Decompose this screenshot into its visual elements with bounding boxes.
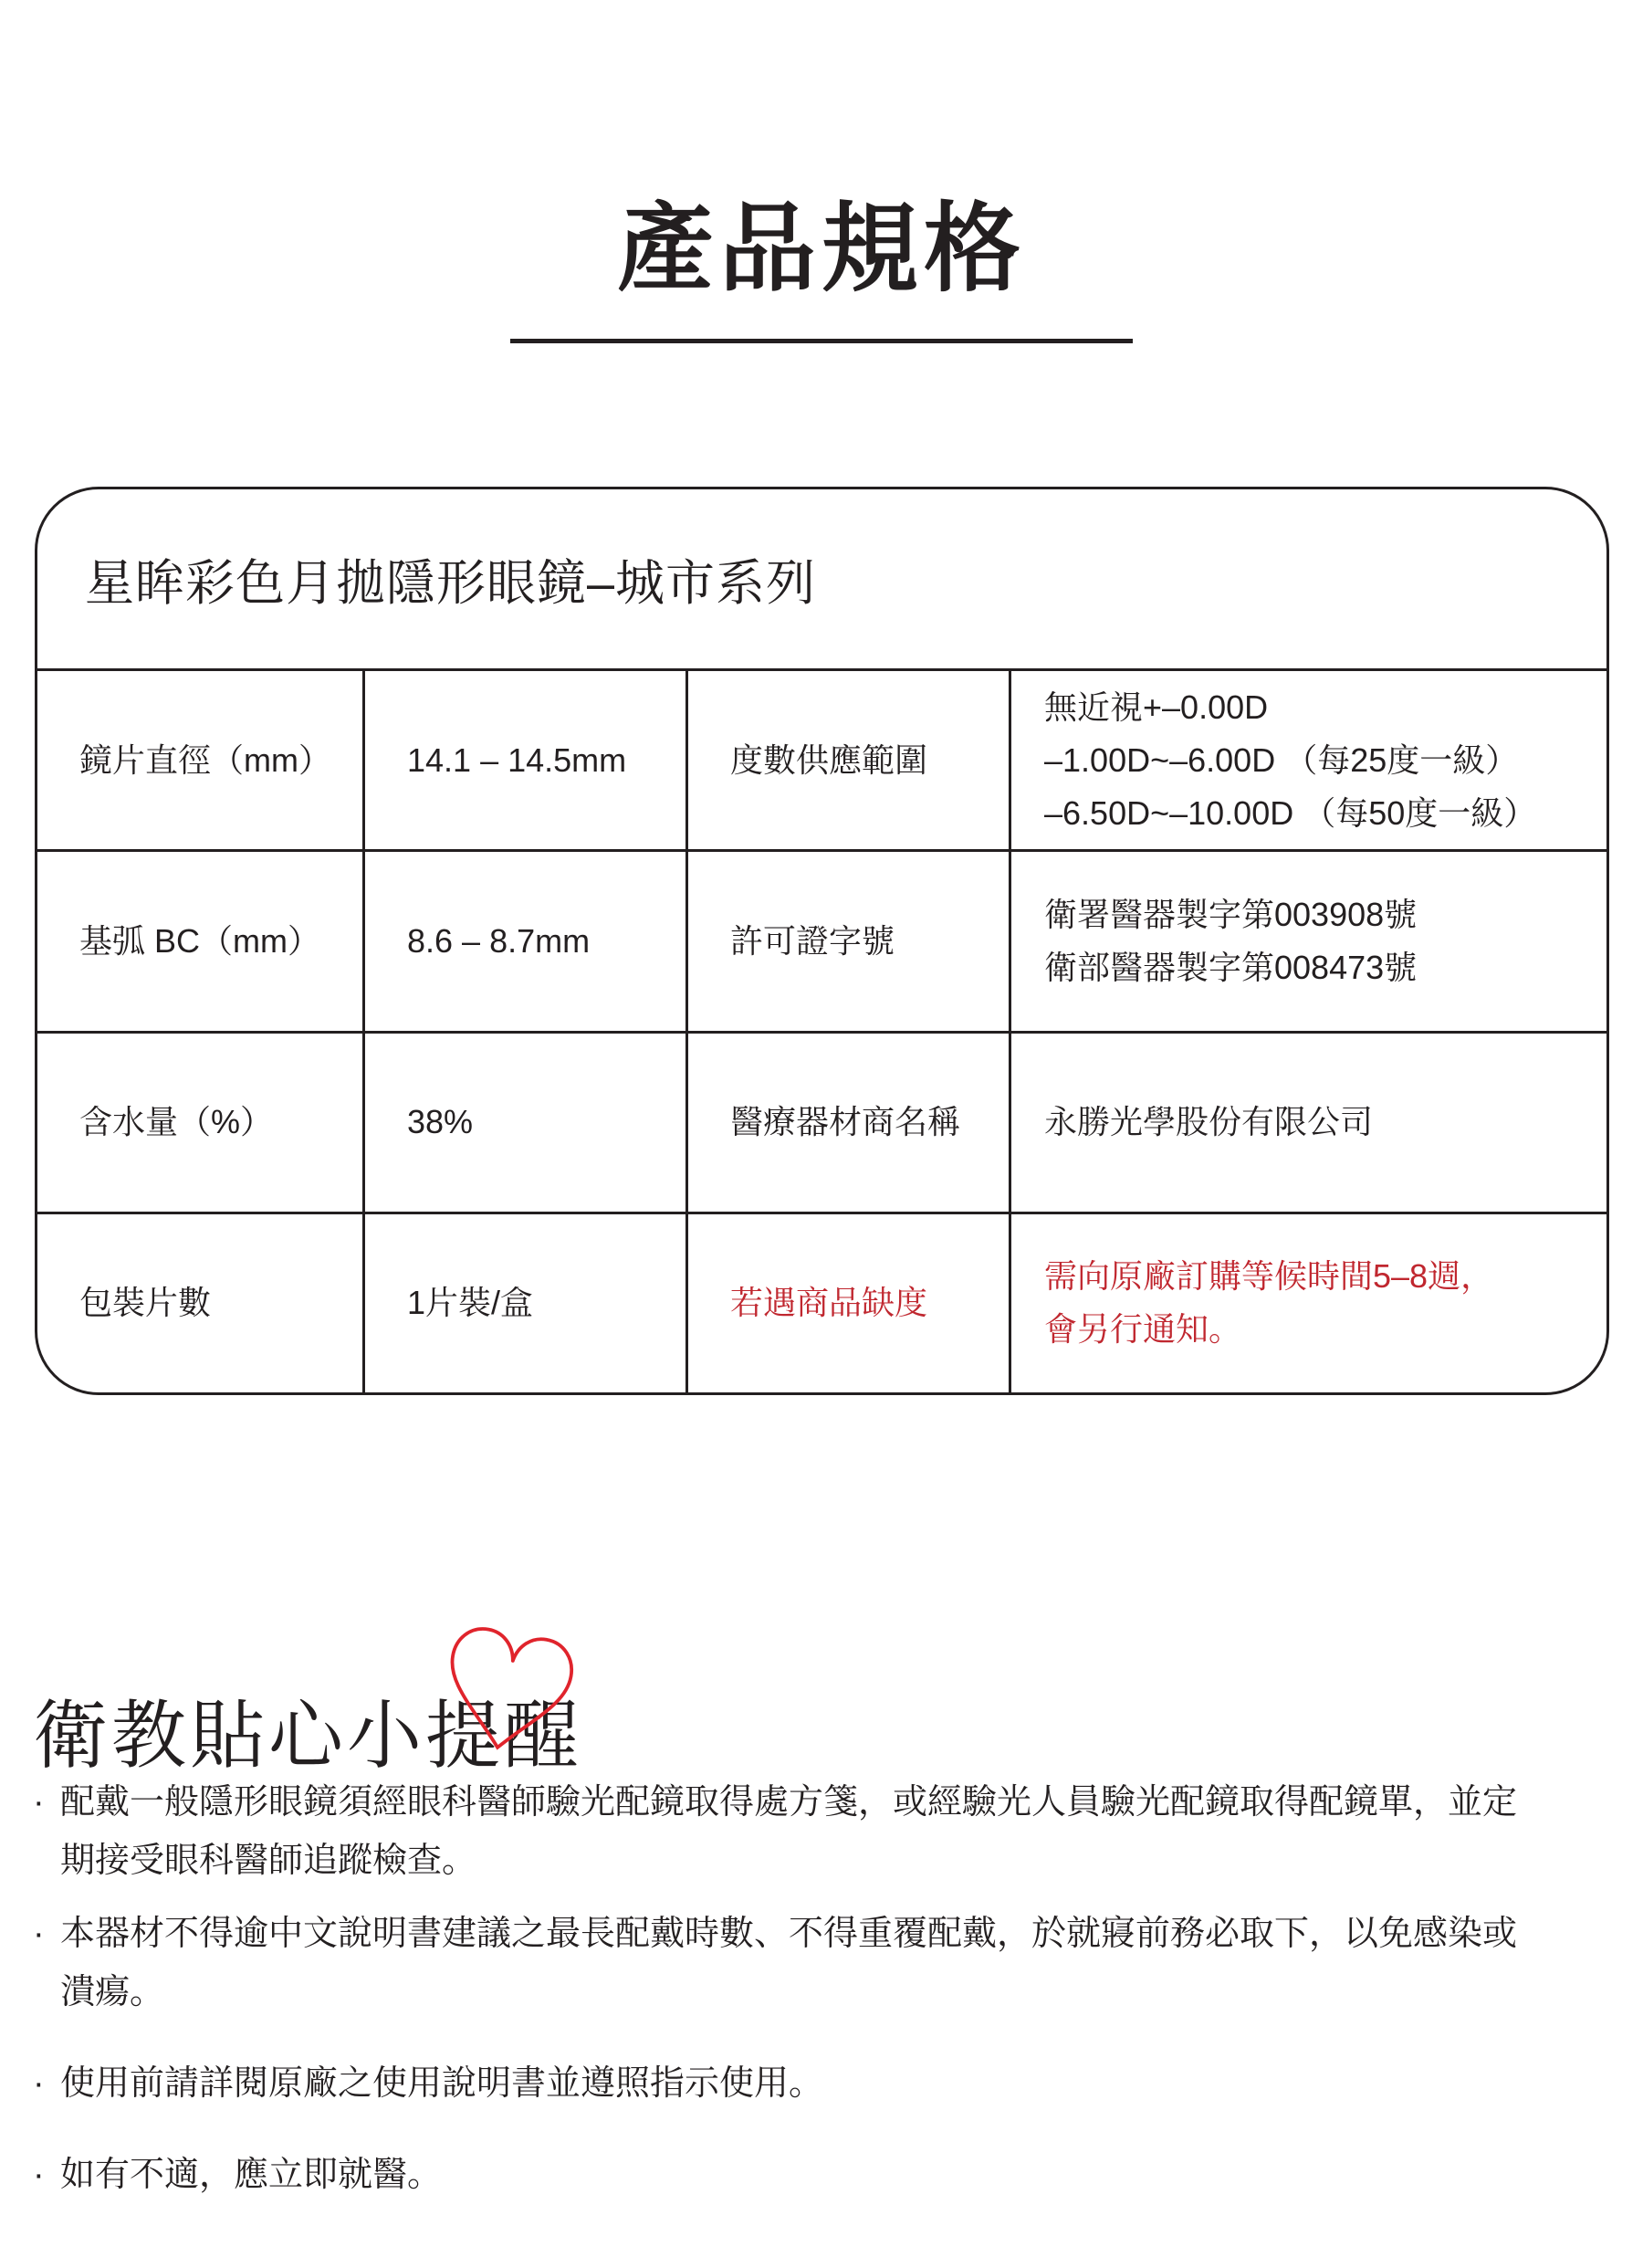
product-title: 星眸彩色月拋隱形眼鏡–城市系列 — [37, 489, 1606, 668]
spec-value-lens-diameter: 14.1 – 14.5mm — [362, 668, 685, 849]
spec-value-license-number: 衛署醫器製字第003908號 衛部醫器製字第008473號 — [1009, 849, 1606, 1030]
spec-label-power-range: 度數供應範圍 — [685, 668, 1009, 849]
spec-label-base-curve: 基弧 BC（mm） — [37, 849, 362, 1030]
page-title: 產品規格 — [0, 172, 1643, 310]
power-range-line: 無近視+–0.00D — [1044, 681, 1585, 734]
list-item: · 使用前請詳閱原廠之使用說明書並遵照指示使用。 — [33, 2054, 1548, 2113]
bullet-text: 本器材不得逾中文說明書建議之最長配戴時數、不得重覆配戴，於就寢前務必取下，以免感… — [60, 1905, 1548, 2021]
list-item: · 如有不適，應立即就醫。 — [33, 2146, 1548, 2204]
bullet-dot: · — [33, 2054, 60, 2113]
bullet-dot: · — [33, 1773, 60, 1832]
spec-value-pack-quantity: 1片裝/盒 — [362, 1212, 685, 1392]
bullet-text: 使用前請詳閱原廠之使用說明書並遵照指示使用。 — [60, 2054, 1548, 2113]
spec-label-license-number: 許可證字號 — [685, 849, 1009, 1030]
reminder-bullet-list: · 配戴一般隱形眼鏡須經眼科醫師驗光配鏡取得處方箋，或經驗光人員驗光配鏡取得配鏡… — [33, 1773, 1548, 2204]
spec-label-out-of-stock: 若遇商品缺度 — [685, 1212, 1009, 1392]
spec-value-out-of-stock: 需向原廠訂購等候時間5–8週， 會另行通知。 — [1009, 1212, 1606, 1392]
license-line: 衛部醫器製字第008473號 — [1044, 941, 1585, 994]
spec-label-water-content: 含水量（%） — [37, 1031, 362, 1212]
spec-value-water-content: 38% — [362, 1031, 685, 1212]
spec-label-manufacturer: 醫療器材商名稱 — [685, 1031, 1009, 1212]
list-item: · 本器材不得逾中文說明書建議之最長配戴時數、不得重覆配戴，於就寢前務必取下，以… — [33, 1905, 1548, 2021]
out-of-stock-line: 需向原廠訂購等候時間5–8週， — [1044, 1250, 1585, 1303]
power-range-line: –1.00D~–6.00D （每25度一級） — [1044, 734, 1585, 787]
spec-value-manufacturer: 永勝光學股份有限公司 — [1009, 1031, 1606, 1212]
power-range-line: –6.50D~–10.00D （每50度一級） — [1044, 787, 1585, 840]
bullet-text: 如有不適，應立即就醫。 — [60, 2146, 1548, 2204]
out-of-stock-line: 會另行通知。 — [1044, 1303, 1585, 1356]
spec-table: 星眸彩色月拋隱形眼鏡–城市系列 鏡片直徑（mm） 14.1 – 14.5mm 度… — [35, 487, 1609, 1395]
bullet-text: 配戴一般隱形眼鏡須經眼科醫師驗光配鏡取得處方箋，或經驗光人員驗光配鏡取得配鏡單，… — [60, 1773, 1548, 1890]
title-underline — [510, 339, 1133, 343]
bullet-dot: · — [33, 2146, 60, 2204]
list-item: · 配戴一般隱形眼鏡須經眼科醫師驗光配鏡取得處方箋，或經驗光人員驗光配鏡取得配鏡… — [33, 1773, 1548, 1890]
manufacturer-line: 永勝光學股份有限公司 — [1044, 1096, 1585, 1149]
bullet-dot: · — [33, 1905, 60, 1963]
spec-value-power-range: 無近視+–0.00D –1.00D~–6.00D （每25度一級） –6.50D… — [1009, 668, 1606, 849]
reminder-heading: 衛教貼心小提醒 — [33, 1676, 582, 1783]
license-line: 衛署醫器製字第003908號 — [1044, 888, 1585, 941]
spec-value-base-curve: 8.6 – 8.7mm — [362, 849, 685, 1030]
product-spec-page: 產品規格 星眸彩色月拋隱形眼鏡–城市系列 鏡片直徑（mm） 14.1 – 14.… — [0, 0, 1643, 2268]
spec-label-lens-diameter: 鏡片直徑（mm） — [37, 668, 362, 849]
spec-label-pack-quantity: 包裝片數 — [37, 1212, 362, 1392]
